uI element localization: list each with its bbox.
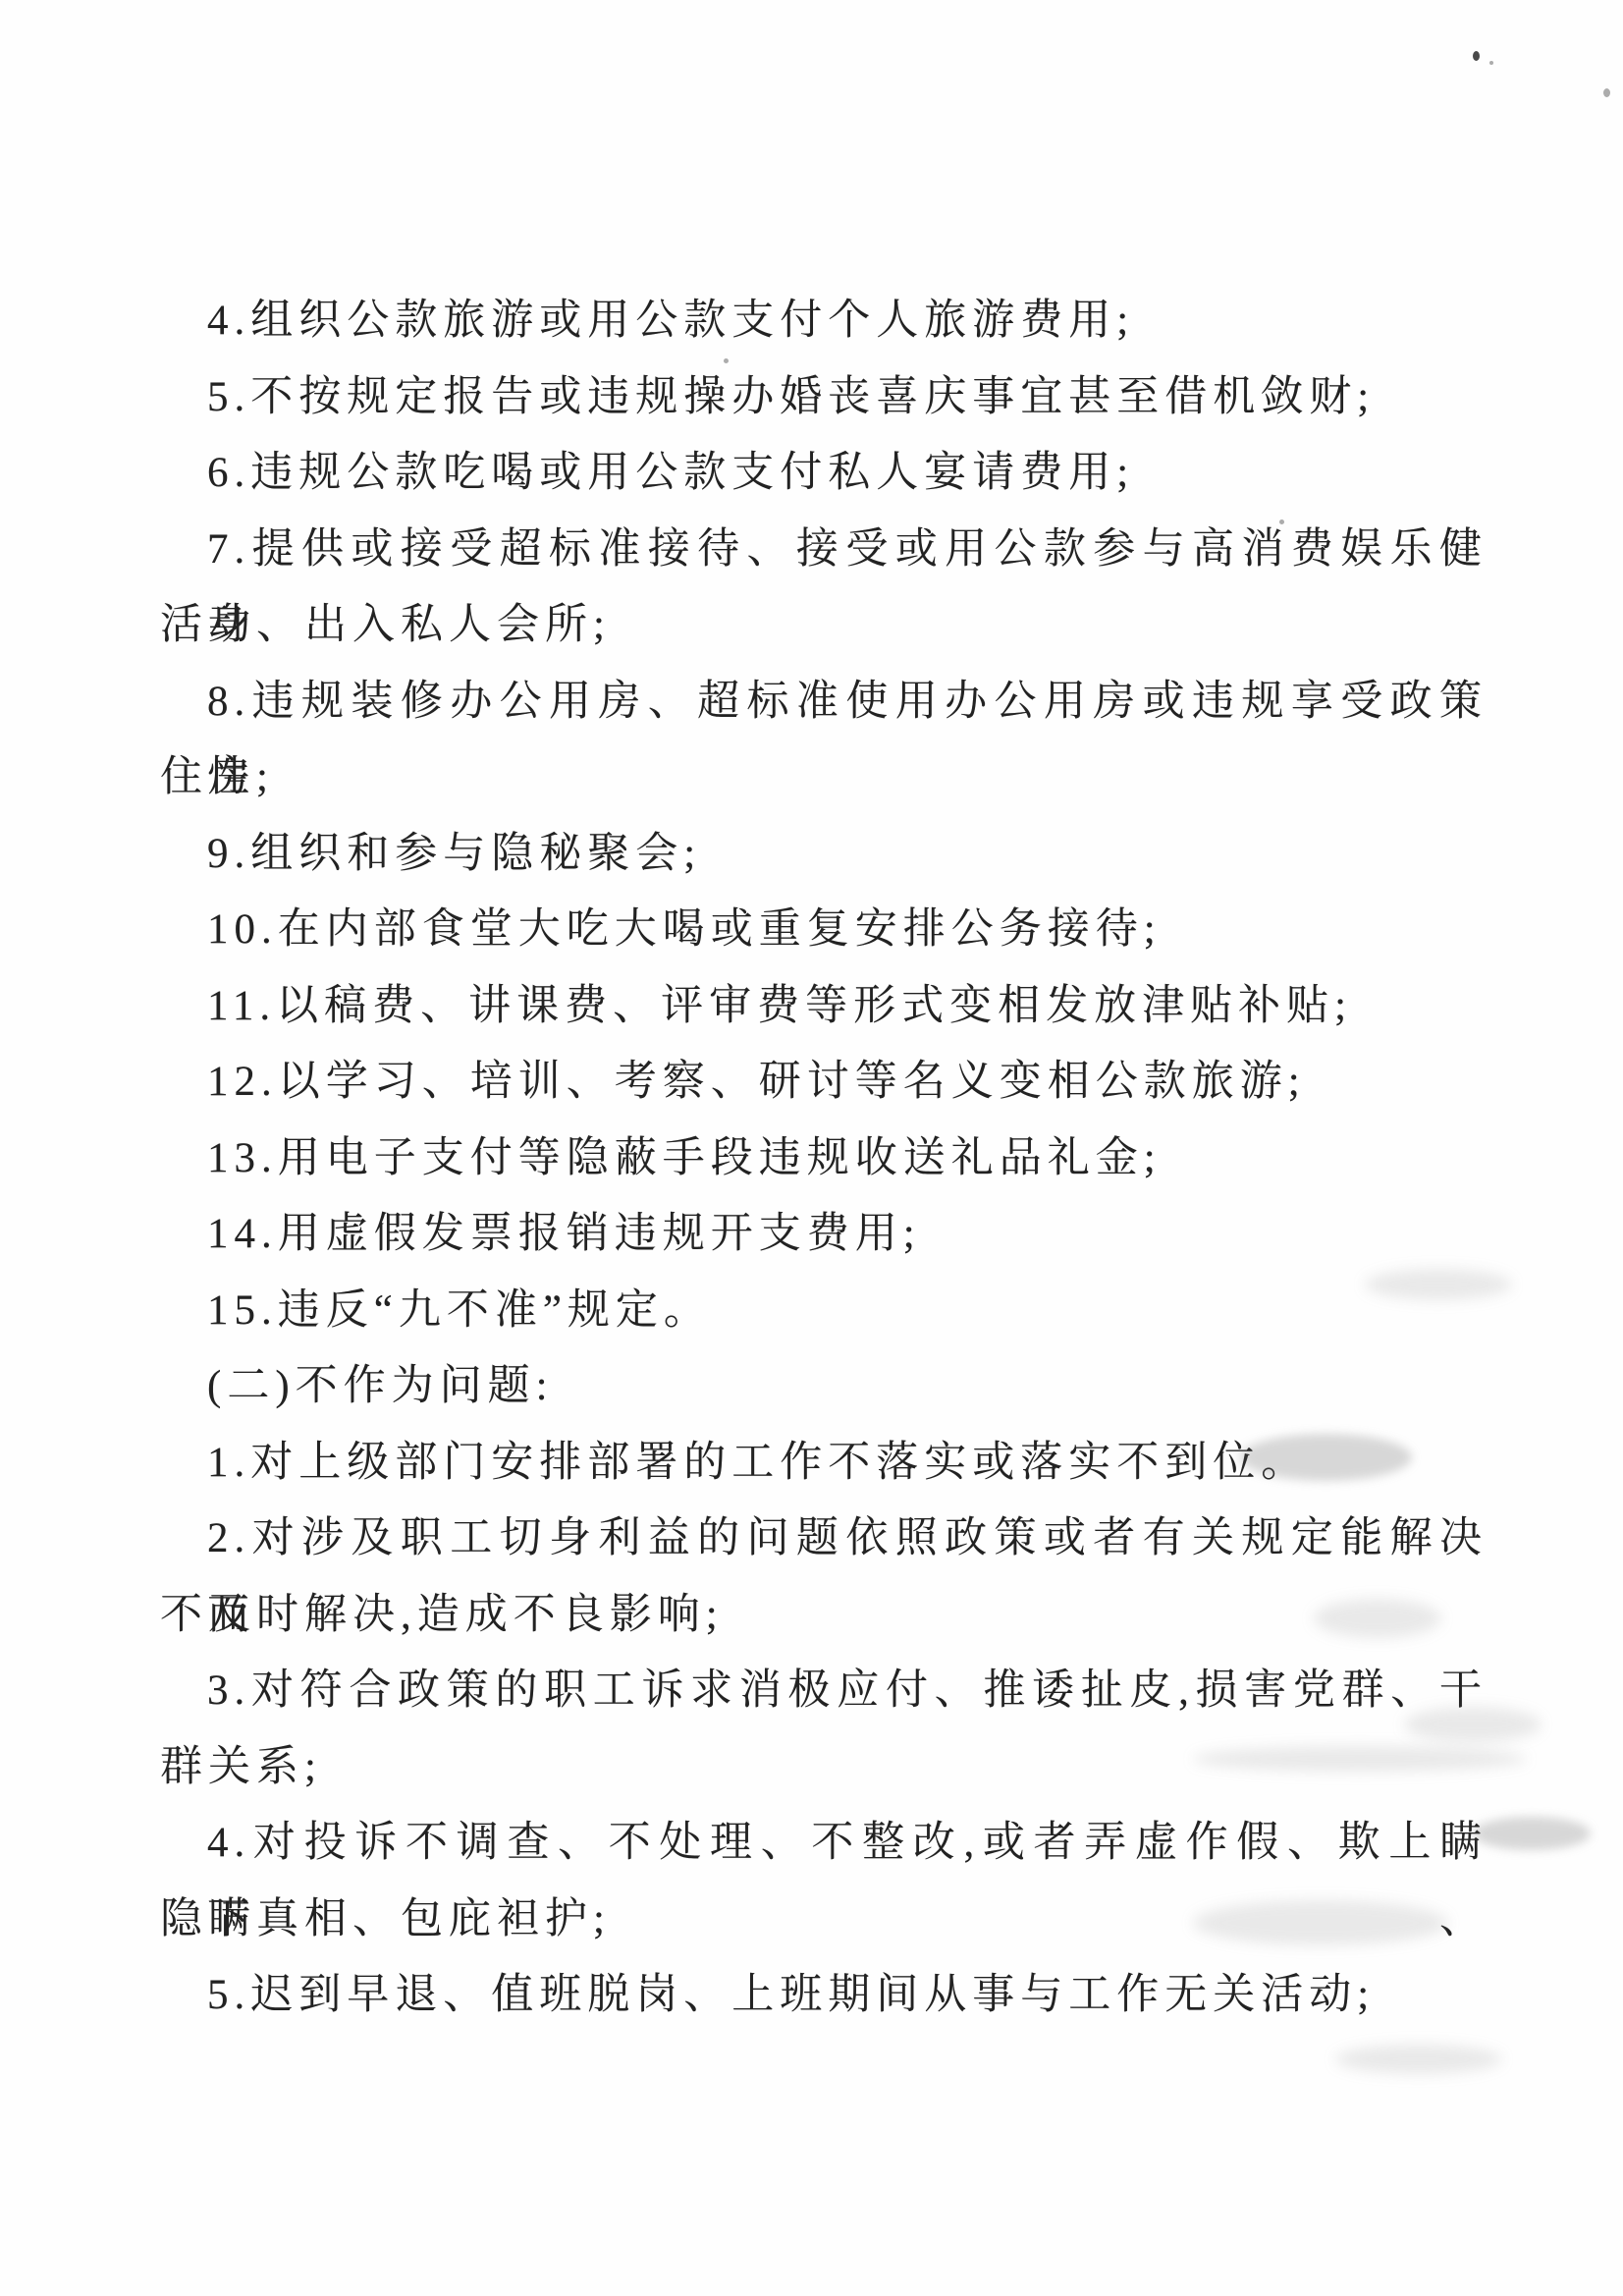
document-line: 4.组织公款旅游或用公款支付个人旅游费用; — [160, 283, 1488, 359]
document-line: 7.提供或接受超标准接待、接受或用公款参与高消费娱乐健身 — [160, 512, 1488, 588]
document-line: 11.以稿费、讲课费、评审费等形式变相发放津贴补贴; — [160, 968, 1488, 1045]
document-line: 8.违规装修办公用房、超标准使用办公用房或违规享受政策性 — [160, 664, 1488, 740]
scan-smudge — [1365, 1269, 1512, 1300]
document-line: 10.在内部食堂大吃大喝或重复安排公务接待; — [160, 892, 1488, 968]
scan-speck — [1279, 519, 1284, 524]
scan-smudge — [1193, 1900, 1448, 1945]
document-page: 4.组织公款旅游或用公款支付个人旅游费用;5.不按规定报告或违规操办婚丧喜庆事宜… — [0, 0, 1623, 2296]
document-line: 3.对符合政策的职工诉求消极应付、推诿扯皮,损害党群、干 — [160, 1653, 1488, 1729]
document-line: 5.不按规定报告或违规操办婚丧喜庆事宜甚至借机敛财; — [160, 359, 1488, 436]
scan-smudge — [1473, 1817, 1591, 1850]
scan-smudge — [1404, 1707, 1542, 1742]
document-line: 4.对投诉不调查、不处理、不整改,或者弄虚作假、欺上瞒下、 — [160, 1805, 1488, 1882]
paragraph: 12.以学习、培训、考察、研讨等名义变相公款旅游; — [160, 1044, 1488, 1121]
document-line: 6.违规公款吃喝或用公款支付私人宴请费用; — [160, 435, 1488, 512]
paragraph: 6.违规公款吃喝或用公款支付私人宴请费用; — [160, 435, 1488, 512]
paragraph: 13.用电子支付等隐蔽手段违规收送礼品礼金; — [160, 1121, 1488, 1197]
scan-smudge — [1240, 1434, 1412, 1481]
document-line: 住房; — [160, 739, 1488, 816]
paragraph: (二)不作为问题: — [160, 1348, 1488, 1425]
scan-smudge — [1193, 1746, 1527, 1772]
document-line: 9.组织和参与隐秘聚会; — [160, 816, 1488, 893]
document-line: 2.对涉及职工切身利益的问题依照政策或者有关规定能解决而 — [160, 1501, 1488, 1577]
paragraph: 2.对涉及职工切身利益的问题依照政策或者有关规定能解决而不及时解决,造成不良影响… — [160, 1501, 1488, 1653]
paragraph: 14.用虚假发票报销违规开支费用; — [160, 1196, 1488, 1273]
document-line: 5.迟到早退、值班脱岗、上班期间从事与工作无关活动; — [160, 1957, 1488, 2034]
document-line: 不及时解决,造成不良影响; — [160, 1577, 1488, 1654]
document-line: 13.用电子支付等隐蔽手段违规收送礼品礼金; — [160, 1121, 1488, 1197]
scan-smudge — [1314, 1599, 1441, 1638]
paragraph: 3.对符合政策的职工诉求消极应付、推诿扯皮,损害党群、干群关系; — [160, 1653, 1488, 1805]
paragraph: 9.组织和参与隐秘聚会; — [160, 816, 1488, 893]
document-content: 4.组织公款旅游或用公款支付个人旅游费用;5.不按规定报告或违规操办婚丧喜庆事宜… — [160, 283, 1488, 2034]
document-line: (二)不作为问题: — [160, 1348, 1488, 1425]
paragraph: 15.违反“九不准”规定。 — [160, 1273, 1488, 1349]
paragraph: 4.组织公款旅游或用公款支付个人旅游费用; — [160, 283, 1488, 359]
scan-speck — [1489, 61, 1493, 65]
paragraph: 5.不按规定报告或违规操办婚丧喜庆事宜甚至借机敛财; — [160, 359, 1488, 436]
paragraph: 5.迟到早退、值班脱岗、上班期间从事与工作无关活动; — [160, 1957, 1488, 2034]
document-line: 15.违反“九不准”规定。 — [160, 1273, 1488, 1349]
document-line: 活动、出入私人会所; — [160, 587, 1488, 664]
scan-speck — [1603, 88, 1610, 97]
paragraph: 7.提供或接受超标准接待、接受或用公款参与高消费娱乐健身活动、出入私人会所; — [160, 512, 1488, 664]
paragraph: 8.违规装修办公用房、超标准使用办公用房或违规享受政策性住房; — [160, 664, 1488, 816]
paragraph: 10.在内部食堂大吃大喝或重复安排公务接待; — [160, 892, 1488, 968]
document-line: 12.以学习、培训、考察、研讨等名义变相公款旅游; — [160, 1044, 1488, 1121]
document-line: 14.用虚假发票报销违规开支费用; — [160, 1196, 1488, 1273]
scan-speck — [724, 358, 729, 363]
scan-smudge — [1335, 2045, 1502, 2074]
paragraph: 11.以稿费、讲课费、评审费等形式变相发放津贴补贴; — [160, 968, 1488, 1045]
scan-speck — [1473, 51, 1480, 61]
